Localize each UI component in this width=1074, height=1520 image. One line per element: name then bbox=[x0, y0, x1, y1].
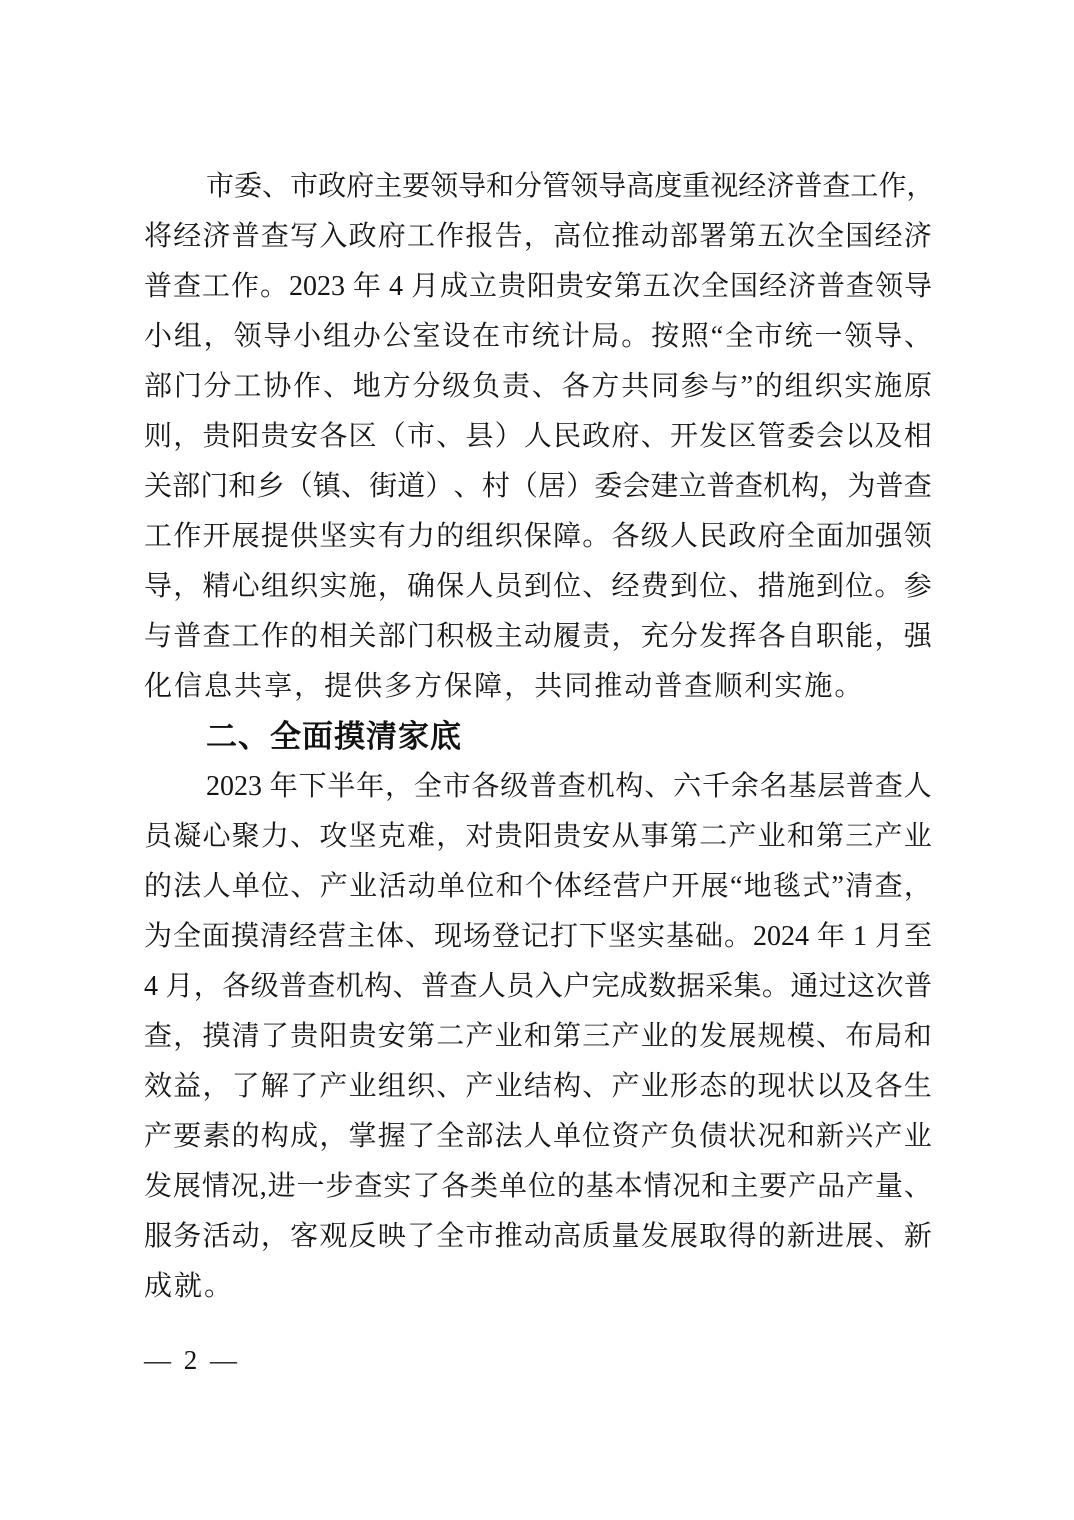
body-text-line: 小组，领导小组办公室设在市统计局。按照“全市统一领导、 bbox=[144, 312, 932, 362]
body-text-line: 关部门和乡（镇、街道）、村（居）委会建立普查机构，为普查 bbox=[144, 462, 932, 512]
body-text-line: 导，精心组织实施，确保人员到位、经费到位、措施到位。参 bbox=[144, 562, 932, 612]
page-number: — 2 — bbox=[144, 1340, 240, 1380]
body-text-line: 为全面摸清经营主体、现场登记打下坚实基础。2024 年 1 月至 bbox=[144, 912, 932, 962]
body-text-line: 成就。 bbox=[144, 1262, 932, 1312]
body-text-line: 产要素的构成，掌握了全部法人单位资产负债状况和新兴产业 bbox=[144, 1112, 932, 1162]
body-text-line: 员凝心聚力、攻坚克难，对贵阳贵安从事第二产业和第三产业 bbox=[144, 812, 932, 862]
body-text-line: 普查工作。2023 年 4 月成立贵阳贵安第五次全国经济普查领导 bbox=[144, 262, 932, 312]
document-body: 市委、市政府主要领导和分管领导高度重视经济普查工作， 将经济普查写入政府工作报告… bbox=[144, 162, 932, 1312]
body-text-line: 效益，了解了产业组织、产业结构、产业形态的现状以及各生 bbox=[144, 1062, 932, 1112]
body-text-line: 查，摸清了贵阳贵安第二产业和第三产业的发展规模、布局和 bbox=[144, 1012, 932, 1062]
body-text-line: 2023 年下半年，全市各级普查机构、六千余名基层普查人 bbox=[144, 762, 932, 812]
document-page: 市委、市政府主要领导和分管领导高度重视经济普查工作， 将经济普查写入政府工作报告… bbox=[0, 0, 1074, 1520]
body-text-line: 的法人单位、产业活动单位和个体经营户开展“地毯式”清查， bbox=[144, 862, 932, 912]
body-text-line: 将经济普查写入政府工作报告，高位推动部署第五次全国经济 bbox=[144, 212, 932, 262]
body-text-line: 市委、市政府主要领导和分管领导高度重视经济普查工作， bbox=[144, 162, 932, 212]
paragraph-1: 市委、市政府主要领导和分管领导高度重视经济普查工作， 将经济普查写入政府工作报告… bbox=[144, 162, 932, 712]
body-text-line: 4 月，各级普查机构、普查人员入户完成数据采集。通过这次普 bbox=[144, 962, 932, 1012]
body-text-line: 与普查工作的相关部门积极主动履责，充分发挥各自职能，强 bbox=[144, 612, 932, 662]
body-text-line: 服务活动，客观反映了全市推动高质量发展取得的新进展、新 bbox=[144, 1212, 932, 1262]
body-text-line: 则，贵阳贵安各区（市、县）人民政府、开发区管委会以及相 bbox=[144, 412, 932, 462]
body-text-line: 部门分工协作、地方分级负责、各方共同参与”的组织实施原 bbox=[144, 362, 932, 412]
body-text-line: 发展情况,进一步查实了各类单位的基本情况和主要产品产量、 bbox=[144, 1162, 932, 1212]
body-text-line: 化信息共享，提供多方保障，共同推动普查顺利实施。 bbox=[144, 662, 932, 712]
section-heading: 二、全面摸清家底 bbox=[144, 712, 932, 762]
paragraph-2: 2023 年下半年，全市各级普查机构、六千余名基层普查人 员凝心聚力、攻坚克难，… bbox=[144, 762, 932, 1312]
body-text-line: 工作开展提供坚实有力的组织保障。各级人民政府全面加强领 bbox=[144, 512, 932, 562]
